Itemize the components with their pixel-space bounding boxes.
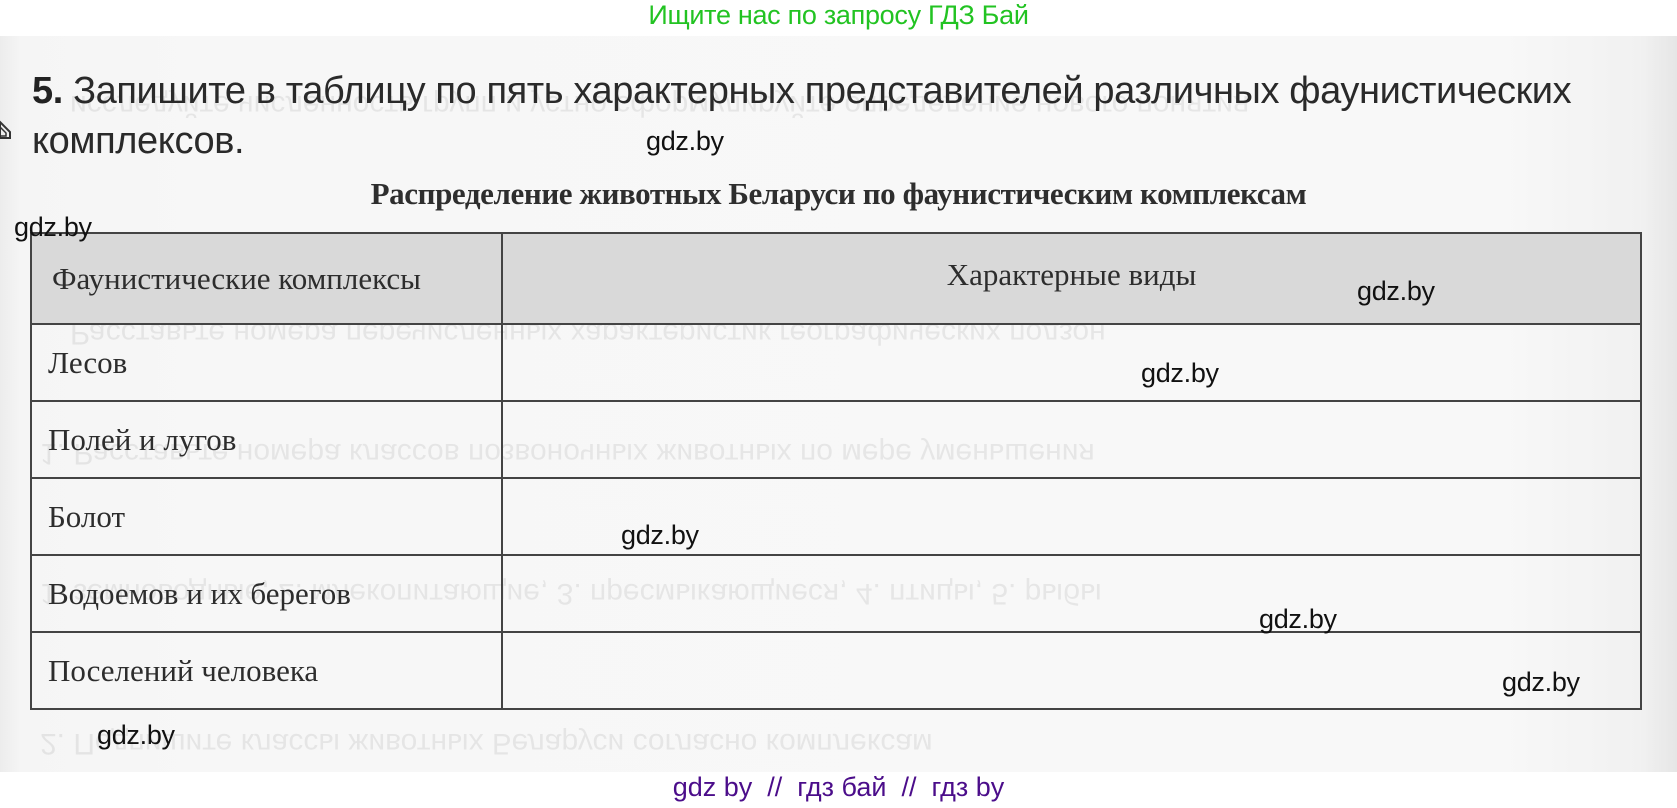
table-row: Полей и лугов	[31, 401, 1641, 478]
species-answer-cell[interactable]	[502, 324, 1641, 401]
table-row: Поселений человека	[31, 632, 1641, 709]
complex-cell: Полей и лугов	[31, 401, 502, 478]
watermark: gdz.by	[1502, 667, 1580, 698]
table-title: Распределение животных Беларуси по фауни…	[0, 176, 1677, 212]
textbook-page-scan: исследуйте численность групп и устно сфо…	[0, 36, 1677, 772]
watermark: gdz.by	[621, 520, 699, 551]
species-answer-cell[interactable]	[502, 632, 1641, 709]
task-number: 5.	[32, 70, 63, 112]
watermark: gdz.by	[1357, 276, 1435, 307]
complex-cell: Лесов	[31, 324, 502, 401]
complex-cell: Водоемов и их берегов	[31, 555, 502, 632]
species-answer-cell[interactable]	[502, 555, 1641, 632]
complex-cell: Поселений человека	[31, 632, 502, 709]
task-text: Запишите в таблицу по пять характерных п…	[32, 70, 1571, 162]
search-hint-banner: Ищите нас по запросу ГДЗ Бай	[0, 0, 1677, 36]
watermark: gdz.by	[646, 126, 724, 157]
table-row: Водоемов и их берегов	[31, 555, 1641, 632]
table-row: Болот	[31, 478, 1641, 555]
site-footer-banner: gdz by // гдз бай // гдз by	[0, 772, 1677, 808]
watermark: gdz.by	[97, 720, 175, 751]
watermark: gdz.by	[14, 212, 92, 243]
header-species: Характерные виды	[502, 233, 1641, 324]
species-answer-cell[interactable]	[502, 401, 1641, 478]
table-row: Лесов	[31, 324, 1641, 401]
workbook-pencil-icon	[0, 118, 16, 140]
header-complexes: Фаунистические комплексы	[31, 233, 502, 324]
watermark: gdz.by	[1259, 604, 1337, 635]
watermark: gdz.by	[1141, 358, 1219, 389]
complex-cell: Болот	[31, 478, 502, 555]
task-statement: 5. Запишите в таблицу по пять характерны…	[32, 66, 1652, 166]
